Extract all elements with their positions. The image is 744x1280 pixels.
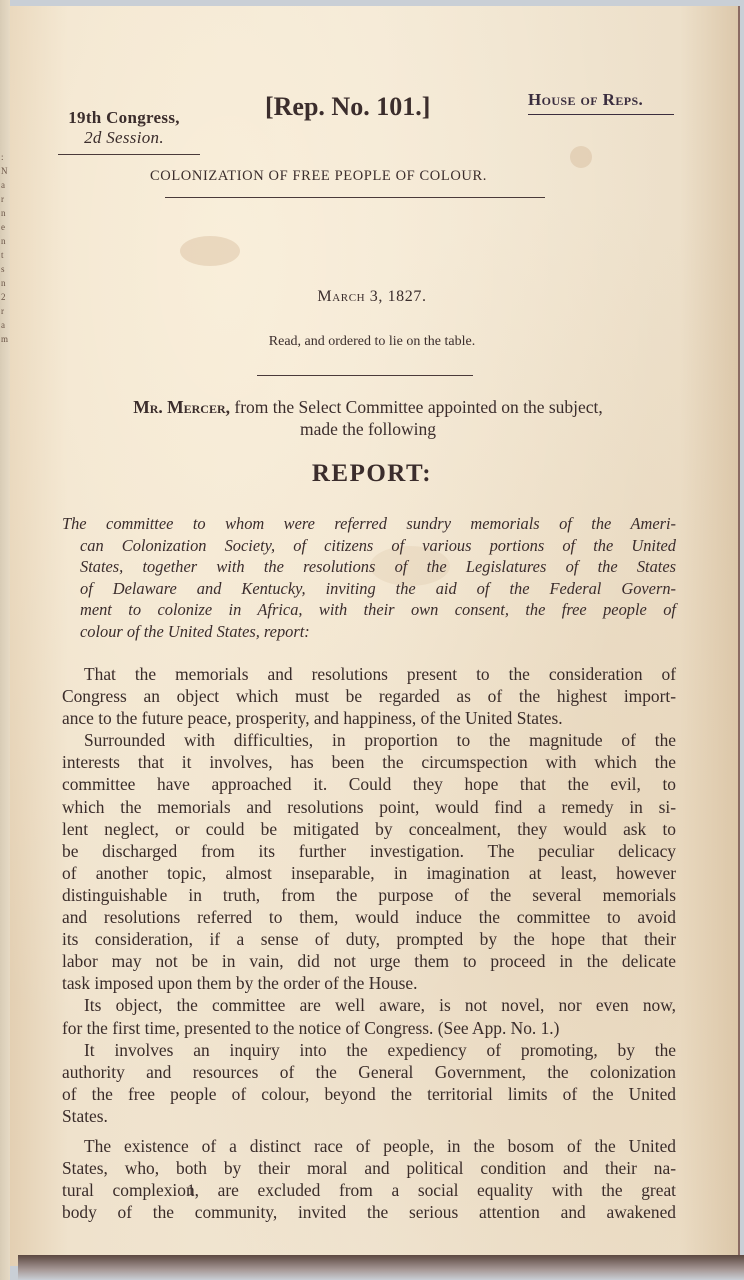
paragraph: That the memorials and resolutions prese…: [62, 663, 676, 729]
congress-label: 19th Congress,: [48, 108, 200, 128]
report-heading: REPORT:: [0, 460, 744, 488]
paragraph-gap: [62, 1127, 676, 1135]
paragraph-line: which the memorials and resolutions poin…: [62, 796, 676, 818]
report-body: That the memorials and resolutions prese…: [62, 663, 676, 1223]
paragraph-line: Congress an object which must be regarde…: [62, 685, 676, 707]
paragraph-line: lent neglect, or could be mitigated by c…: [62, 818, 676, 840]
preamble-line: States, together with the resolutions of…: [62, 556, 676, 578]
paragraph-line: committee have approached it. Could they…: [62, 773, 676, 795]
paragraph: It involves an inquiry into the expedien…: [62, 1039, 676, 1127]
paragraph-line: The existence of a distinct race of peop…: [62, 1135, 676, 1157]
paragraph: The existence of a distinct race of peop…: [62, 1135, 676, 1223]
paragraph-line: task imposed upon them by the order of t…: [62, 972, 676, 994]
document-title: COLONIZATION OF FREE PEOPLE OF COLOUR.: [150, 168, 570, 185]
preamble-line: colour of the United States, report:: [62, 621, 676, 643]
paragraph-line: It involves an inquiry into the expedien…: [62, 1039, 676, 1061]
adjacent-page-edge: : N a r n e n t s n 2 r a m: [0, 0, 10, 1280]
paragraph-line: authority and resources of the General G…: [62, 1061, 676, 1083]
paragraph-line: Surrounded with difficulties, in proport…: [62, 729, 676, 751]
report-number: [Rep. No. 101.]: [265, 92, 430, 122]
paragraph-line: That the memorials and resolutions prese…: [62, 663, 676, 685]
preamble-line: ment to colonize in Africa, with their o…: [62, 599, 676, 621]
chamber-block: House of Reps.: [528, 90, 674, 115]
paragraph-line: States, who, both by their moral and pol…: [62, 1157, 676, 1179]
preamble: The committee to whom were referred sund…: [62, 513, 676, 643]
session-label: 2d Session.: [48, 128, 200, 148]
paragraph-line: of another topic, almost inseparable, in…: [62, 862, 676, 884]
title-rule: [165, 197, 545, 198]
paragraph-line: labor may not be in vain, did not urge t…: [62, 950, 676, 972]
preamble-line: of Delaware and Kentucky, inviting the a…: [62, 578, 676, 600]
header-rule-left: [58, 154, 200, 155]
paragraph-line: Its object, the committee are well aware…: [62, 994, 676, 1016]
chamber-label: House of Reps.: [528, 90, 674, 110]
paragraph-line: tural complexion, are excluded from a so…: [62, 1179, 676, 1201]
paper-stain: [570, 146, 592, 168]
paragraph-line: of the free people of colour, beyond the…: [62, 1083, 676, 1105]
paper-stain: [180, 236, 240, 266]
presenter-line1: from the Select Committee appointed on t…: [230, 397, 603, 417]
preamble-line: can Colonization Society, of citizens of…: [62, 535, 676, 557]
paragraph-line: States.: [62, 1105, 676, 1127]
preamble-line: The committee to whom were referred sund…: [62, 513, 676, 535]
page-bottom-shadow: [18, 1255, 744, 1280]
paragraph: Surrounded with difficulties, in proport…: [62, 729, 676, 994]
paragraph-line: its consideration, if a sense of duty, p…: [62, 928, 676, 950]
page-number: 1: [187, 1182, 195, 1200]
paragraph-line: ance to the future peace, prosperity, an…: [62, 707, 676, 729]
presenter-name: Mr. Mercer,: [133, 397, 230, 417]
paragraph-line: for the first time, presented to the not…: [62, 1017, 676, 1039]
paragraph-line: and resolutions referred to them, would …: [62, 906, 676, 928]
adjacent-page-text-fragments: : N a r n e n t s n 2 r a m: [1, 150, 9, 500]
header-rule-right: [528, 114, 674, 115]
paragraph-line: body of the community, invited the serio…: [62, 1201, 676, 1223]
paragraph-line: distinguishable in truth, from the purpo…: [62, 884, 676, 906]
congress-session-block: 19th Congress, 2d Session.: [48, 108, 200, 155]
presenter-block: Mr. Mercer, from the Select Committee ap…: [56, 396, 680, 440]
document-status: Read, and ordered to lie on the table.: [0, 334, 744, 350]
presenter-line2: made the following: [56, 418, 680, 440]
document-date: March 3, 1827.: [0, 288, 744, 306]
paragraph-line: be discharged from its further investiga…: [62, 840, 676, 862]
section-rule: [257, 375, 473, 376]
paragraph-line: interests that it involves, has been the…: [62, 751, 676, 773]
paragraph: Its object, the committee are well aware…: [62, 994, 676, 1038]
